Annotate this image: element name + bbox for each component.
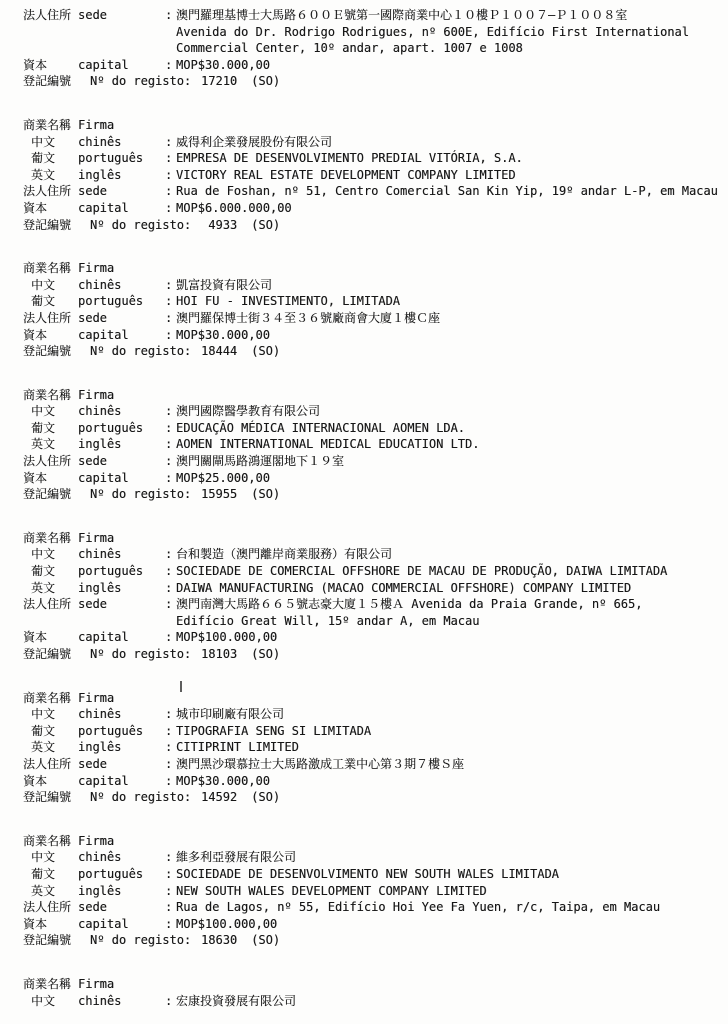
- field-value-line: MOP$30.000,00: [176, 327, 722, 344]
- field-colon: :: [165, 849, 176, 866]
- field-label-pt: sede: [78, 183, 165, 200]
- registry-entry: 商業名稱Firma中文chinês:維多利亞發展有限公司葡文português:…: [23, 833, 722, 949]
- field-label-zh: 商業名稱: [23, 117, 78, 134]
- entry-row: 商業名稱Firma: [23, 260, 722, 277]
- field-label-pt: sede: [78, 310, 165, 327]
- field-value: MOP$30.000,00: [176, 327, 722, 344]
- field-value: 城市印刷廠有限公司: [176, 706, 722, 723]
- field-value: DAIWA MANUFACTURING (MACAO COMMERCIAL OF…: [176, 580, 722, 597]
- field-value: 澳門國際醫學教育有限公司: [176, 403, 722, 420]
- field-colon: :: [165, 580, 176, 597]
- field-label-zh: 中文: [23, 277, 78, 294]
- document-page: 法人住所sede:澳門羅理基博士大馬路６００Ｅ號第一國際商業中心１０樓Ｐ１００７…: [0, 0, 728, 1009]
- field-label-pt: inglês: [78, 436, 165, 453]
- field-colon: :: [165, 453, 176, 470]
- field-value: MOP$100.000,00: [176, 629, 722, 646]
- field-value-line: 台和製造（澳門離岸商業服務）有限公司: [176, 546, 722, 563]
- field-label-pt: chinês: [78, 277, 165, 294]
- entry-row: 英文inglês:AOMEN INTERNATIONAL MEDICAL EDU…: [23, 436, 722, 453]
- field-colon: :: [165, 183, 176, 200]
- field-label-pt: português: [78, 723, 165, 740]
- registry-entry: 商業名稱Firma中文chinês:宏康投資發展有限公司: [23, 976, 722, 1009]
- field-value: SOCIEDADE DE COMERCIAL OFFSHORE DE MACAU…: [176, 563, 722, 580]
- entry-row: 法人住所sede:澳門羅理基博士大馬路６００Ｅ號第一國際商業中心１０樓Ｐ１００７…: [23, 7, 722, 57]
- entry-row: 法人住所sede:澳門黑沙環慕拉士大馬路激成工業中心第３期７樓Ｓ座: [23, 756, 722, 773]
- entry-row: 商業名稱Firma: [23, 690, 722, 707]
- field-colon: :: [165, 310, 176, 327]
- entry-row: 法人住所sede:澳門羅保博士街３４至３６號廠商會大廈１樓Ｃ座: [23, 310, 722, 327]
- field-label-zh: 中文: [23, 546, 78, 563]
- field-colon: :: [165, 403, 176, 420]
- entry-row: 登記編號Nº do registo:18630(SO): [23, 932, 722, 949]
- field-value-line: Commercial Center, 10º andar, apart. 100…: [176, 40, 722, 57]
- field-value-line: EDUCAÇÃO MÉDICA INTERNACIONAL AOMEN LDA.: [176, 420, 722, 437]
- field-label-zh: 英文: [23, 167, 78, 184]
- field-value: TIPOGRAFIA SENG SI LIMITADA: [176, 723, 722, 740]
- field-colon: :: [165, 134, 176, 151]
- field-label-zh: 英文: [23, 436, 78, 453]
- registration-number: 18103: [195, 646, 237, 663]
- field-label-zh: 商業名稱: [23, 690, 78, 707]
- field-value-line: 凱富投資有限公司: [176, 277, 722, 294]
- field-label-zh: 商業名稱: [23, 530, 78, 547]
- field-label-pt: capital: [78, 470, 165, 487]
- field-label-zh: 中文: [23, 403, 78, 420]
- entry-row: 葡文português:HOI FU - INVESTIMENTO, LIMIT…: [23, 293, 722, 310]
- field-label-zh: 中文: [23, 993, 78, 1010]
- registration-number: 15955: [195, 486, 237, 503]
- field-value: CITIPRINT LIMITED: [176, 739, 722, 756]
- field-label-pt: chinês: [78, 403, 165, 420]
- field-value-line: MOP$100.000,00: [176, 629, 722, 646]
- field-label-pt: português: [78, 150, 165, 167]
- field-value: 澳門羅理基博士大馬路６００Ｅ號第一國際商業中心１０樓Ｐ１００７—Ｐ１００８室Av…: [176, 7, 722, 57]
- field-label-pt: Firma: [78, 117, 165, 134]
- registry-entry: 商業名稱Firma中文chinês:凱富投資有限公司葡文português:HO…: [23, 260, 722, 360]
- field-label-pt: sede: [78, 453, 165, 470]
- registration-label: Nº do registo:: [90, 73, 191, 90]
- entry-row: 法人住所sede:Rua de Lagos, nº 55, Edifício H…: [23, 899, 722, 916]
- entry-row: 英文inglês:VICTORY REAL ESTATE DEVELOPMENT…: [23, 167, 722, 184]
- field-colon: :: [165, 596, 176, 613]
- entry-row: 商業名稱Firma: [23, 117, 722, 134]
- field-label-zh: 商業名稱: [23, 976, 78, 993]
- field-label-zh: 登記編號: [23, 343, 90, 360]
- field-label-pt: sede: [78, 7, 165, 24]
- entry-row: 英文inglês:DAIWA MANUFACTURING (MACAO COMM…: [23, 580, 722, 597]
- field-colon: :: [165, 723, 176, 740]
- field-colon: :: [165, 436, 176, 453]
- field-label-zh: 葡文: [23, 563, 78, 580]
- scan-artifact: [180, 681, 182, 692]
- field-value: MOP$30.000,00: [176, 57, 722, 74]
- field-label-pt: Firma: [78, 530, 165, 547]
- field-colon: :: [165, 916, 176, 933]
- field-colon: :: [165, 277, 176, 294]
- field-value-line: Avenida do Dr. Rodrigo Rodrigues, nº 600…: [176, 24, 722, 41]
- field-value: 澳門羅保博士街３４至３６號廠商會大廈１樓Ｃ座: [176, 310, 722, 327]
- field-label-zh: 中文: [23, 706, 78, 723]
- registration-number: 14592: [195, 789, 237, 806]
- field-colon: :: [165, 866, 176, 883]
- field-value-line: MOP$25.000,00: [176, 470, 722, 487]
- scanned-gazette-page: { "page": { "background": "#fdfdfc", "in…: [0, 0, 728, 1024]
- field-label-pt: português: [78, 563, 165, 580]
- field-value-line: MOP$30.000,00: [176, 57, 722, 74]
- field-label-pt: chinês: [78, 706, 165, 723]
- registration-suffix: (SO): [251, 217, 280, 234]
- field-label-zh: 中文: [23, 134, 78, 151]
- field-value-line: SOCIEDADE DE DESENVOLVIMENTO NEW SOUTH W…: [176, 866, 722, 883]
- registration-suffix: (SO): [251, 789, 280, 806]
- field-colon: :: [165, 200, 176, 217]
- registration-number: 18444: [195, 343, 237, 360]
- registration-suffix: (SO): [251, 646, 280, 663]
- field-value: 維多利亞發展有限公司: [176, 849, 722, 866]
- field-colon: :: [165, 167, 176, 184]
- field-value-line: Rua de Lagos, nº 55, Edifício Hoi Yee Fa…: [176, 899, 722, 916]
- entry-row: 葡文português:TIPOGRAFIA SENG SI LIMITADA: [23, 723, 722, 740]
- field-label-pt: Firma: [78, 690, 165, 707]
- field-label-zh: 法人住所: [23, 596, 78, 613]
- entry-row: 資本capital:MOP$100.000,00: [23, 916, 722, 933]
- entry-row: 法人住所sede:澳門南灣大馬路６６５號志豪大廈１５樓Ａ Avenida da …: [23, 596, 722, 629]
- field-label-zh: 登記編號: [23, 932, 90, 949]
- field-value: Rua de Foshan, nº 51, Centro Comercial S…: [176, 183, 722, 200]
- field-label-zh: 法人住所: [23, 453, 78, 470]
- field-value: MOP$100.000,00: [176, 916, 722, 933]
- field-value-line: DAIWA MANUFACTURING (MACAO COMMERCIAL OF…: [176, 580, 722, 597]
- registration-suffix: (SO): [251, 932, 280, 949]
- field-value: AOMEN INTERNATIONAL MEDICAL EDUCATION LT…: [176, 436, 722, 453]
- entry-row: 中文chinês:維多利亞發展有限公司: [23, 849, 722, 866]
- field-label-zh: 葡文: [23, 723, 78, 740]
- registration-number: 4933: [195, 217, 237, 234]
- field-value-line: MOP$100.000,00: [176, 916, 722, 933]
- field-colon: :: [165, 773, 176, 790]
- field-label-zh: 法人住所: [23, 7, 78, 24]
- registration-label: Nº do registo:: [90, 789, 191, 806]
- field-label-zh: 商業名稱: [23, 260, 78, 277]
- field-label-pt: chinês: [78, 849, 165, 866]
- field-label-zh: 登記編號: [23, 217, 90, 234]
- field-value-line: Rua de Foshan, nº 51, Centro Comercial S…: [176, 183, 722, 200]
- field-label-pt: sede: [78, 899, 165, 916]
- field-label-pt: sede: [78, 596, 165, 613]
- entry-row: 法人住所sede:澳門關閘馬路鴻運閣地下１９室: [23, 453, 722, 470]
- field-value-line: 澳門黑沙環慕拉士大馬路激成工業中心第３期７樓Ｓ座: [176, 756, 722, 773]
- field-label-pt: português: [78, 866, 165, 883]
- field-colon: :: [165, 739, 176, 756]
- field-colon: :: [165, 7, 176, 24]
- field-value-line: Edifício Great Will, 15º andar A, em Mac…: [176, 613, 722, 630]
- field-label-zh: 中文: [23, 849, 78, 866]
- entry-row: 英文inglês:CITIPRINT LIMITED: [23, 739, 722, 756]
- field-label-zh: 資本: [23, 773, 78, 790]
- field-value: 澳門黑沙環慕拉士大馬路激成工業中心第３期７樓Ｓ座: [176, 756, 722, 773]
- registration-label: Nº do registo:: [90, 932, 191, 949]
- registry-entry: 商業名稱Firma中文chinês:台和製造（澳門離岸商業服務）有限公司葡文po…: [23, 530, 722, 663]
- entry-row: 葡文português:SOCIEDADE DE COMERCIAL OFFSH…: [23, 563, 722, 580]
- field-colon: :: [165, 150, 176, 167]
- field-value-line: 維多利亞發展有限公司: [176, 849, 722, 866]
- field-label-zh: 資本: [23, 200, 78, 217]
- registry-entries: 法人住所sede:澳門羅理基博士大馬路６００Ｅ號第一國際商業中心１０樓Ｐ１００７…: [23, 7, 722, 1009]
- field-colon: :: [165, 327, 176, 344]
- field-label-zh: 英文: [23, 883, 78, 900]
- field-value: 凱富投資有限公司: [176, 277, 722, 294]
- field-label-pt: capital: [78, 200, 165, 217]
- field-value-line: HOI FU - INVESTIMENTO, LIMITADA: [176, 293, 722, 310]
- field-label-pt: português: [78, 420, 165, 437]
- entry-row: 中文chinês:台和製造（澳門離岸商業服務）有限公司: [23, 546, 722, 563]
- field-label-zh: 商業名稱: [23, 387, 78, 404]
- field-value-line: 澳門國際醫學教育有限公司: [176, 403, 722, 420]
- field-value-line: 宏康投資發展有限公司: [176, 993, 722, 1010]
- field-label-pt: sede: [78, 756, 165, 773]
- field-label-pt: inglês: [78, 739, 165, 756]
- entry-row: 中文chinês:威得利企業發展股份有限公司: [23, 134, 722, 151]
- field-value: 台和製造（澳門離岸商業服務）有限公司: [176, 546, 722, 563]
- entry-row: 英文inglês:NEW SOUTH WALES DEVELOPMENT COM…: [23, 883, 722, 900]
- field-value-line: 威得利企業發展股份有限公司: [176, 134, 722, 151]
- field-colon: :: [165, 57, 176, 74]
- field-value-line: CITIPRINT LIMITED: [176, 739, 722, 756]
- field-value-line: MOP$30.000,00: [176, 773, 722, 790]
- entry-row: 資本capital:MOP$6.000.000,00: [23, 200, 722, 217]
- field-label-zh: 英文: [23, 580, 78, 597]
- field-label-pt: capital: [78, 629, 165, 646]
- field-label-pt: Firma: [78, 833, 165, 850]
- field-value: SOCIEDADE DE DESENVOLVIMENTO NEW SOUTH W…: [176, 866, 722, 883]
- entry-row: 資本capital:MOP$100.000,00: [23, 629, 722, 646]
- field-value: 威得利企業發展股份有限公司: [176, 134, 722, 151]
- field-label-zh: 英文: [23, 739, 78, 756]
- entry-row: 資本capital:MOP$30.000,00: [23, 57, 722, 74]
- registration-suffix: (SO): [251, 343, 280, 360]
- field-colon: :: [165, 420, 176, 437]
- field-colon: :: [165, 706, 176, 723]
- registration-number: 17210: [195, 73, 237, 90]
- entry-row: 登記編號Nº do registo:18444(SO): [23, 343, 722, 360]
- field-label-pt: capital: [78, 327, 165, 344]
- field-label-zh: 商業名稱: [23, 833, 78, 850]
- field-label-zh: 登記編號: [23, 646, 90, 663]
- field-colon: :: [165, 883, 176, 900]
- entry-row: 中文chinês:凱富投資有限公司: [23, 277, 722, 294]
- registration-label: Nº do registo:: [90, 646, 191, 663]
- field-colon: :: [165, 563, 176, 580]
- field-value-line: 城市印刷廠有限公司: [176, 706, 722, 723]
- field-label-zh: 葡文: [23, 866, 78, 883]
- field-value-line: VICTORY REAL ESTATE DEVELOPMENT COMPANY …: [176, 167, 722, 184]
- field-label-pt: Firma: [78, 976, 165, 993]
- field-colon: :: [165, 470, 176, 487]
- field-label-pt: chinês: [78, 993, 165, 1010]
- field-value-line: 澳門南灣大馬路６６５號志豪大廈１５樓Ａ Avenida da Praia Gra…: [176, 596, 722, 613]
- entry-row: 中文chinês:城市印刷廠有限公司: [23, 706, 722, 723]
- registration-label: Nº do registo:: [90, 343, 191, 360]
- field-value-line: 澳門羅理基博士大馬路６００Ｅ號第一國際商業中心１０樓Ｐ１００７—Ｐ１００８室: [176, 7, 722, 24]
- field-value-line: MOP$6.000.000,00: [176, 200, 722, 217]
- field-colon: :: [165, 293, 176, 310]
- entry-row: 登記編號Nº do registo:15955(SO): [23, 486, 722, 503]
- entry-row: 商業名稱Firma: [23, 976, 722, 993]
- field-value: VICTORY REAL ESTATE DEVELOPMENT COMPANY …: [176, 167, 722, 184]
- entry-row: 登記編號Nº do registo:18103(SO): [23, 646, 722, 663]
- field-value-line: TIPOGRAFIA SENG SI LIMITADA: [176, 723, 722, 740]
- field-value: EDUCAÇÃO MÉDICA INTERNACIONAL AOMEN LDA.: [176, 420, 722, 437]
- field-colon: :: [165, 629, 176, 646]
- field-label-pt: chinês: [78, 134, 165, 151]
- field-colon: :: [165, 899, 176, 916]
- field-value: 宏康投資發展有限公司: [176, 993, 722, 1010]
- field-value-line: SOCIEDADE DE COMERCIAL OFFSHORE DE MACAU…: [176, 563, 722, 580]
- field-value: HOI FU - INVESTIMENTO, LIMITADA: [176, 293, 722, 310]
- registration-label: Nº do registo:: [90, 486, 191, 503]
- field-label-zh: 資本: [23, 327, 78, 344]
- registry-entry: 商業名稱Firma中文chinês:澳門國際醫學教育有限公司葡文portuguê…: [23, 387, 722, 503]
- field-label-zh: 登記編號: [23, 789, 90, 806]
- field-label-pt: inglês: [78, 883, 165, 900]
- entry-row: 商業名稱Firma: [23, 833, 722, 850]
- entry-row: 登記編號Nº do registo:17210(SO): [23, 73, 722, 90]
- entry-row: 中文chinês:澳門國際醫學教育有限公司: [23, 403, 722, 420]
- field-value: 澳門關閘馬路鴻運閣地下１９室: [176, 453, 722, 470]
- field-value-line: AOMEN INTERNATIONAL MEDICAL EDUCATION LT…: [176, 436, 722, 453]
- registration-label: Nº do registo:: [90, 217, 191, 234]
- field-label-zh: 葡文: [23, 420, 78, 437]
- field-label-zh: 資本: [23, 57, 78, 74]
- registration-number: 18630: [195, 932, 237, 949]
- field-label-zh: 資本: [23, 629, 78, 646]
- field-value: 澳門南灣大馬路６６５號志豪大廈１５樓Ａ Avenida da Praia Gra…: [176, 596, 722, 629]
- field-label-zh: 登記編號: [23, 73, 90, 90]
- field-value: Rua de Lagos, nº 55, Edifício Hoi Yee Fa…: [176, 899, 722, 916]
- field-label-zh: 法人住所: [23, 310, 78, 327]
- entry-row: 中文chinês:宏康投資發展有限公司: [23, 993, 722, 1010]
- entry-row: 商業名稱Firma: [23, 530, 722, 547]
- field-label-pt: capital: [78, 57, 165, 74]
- field-value: MOP$30.000,00: [176, 773, 722, 790]
- registry-entry: 商業名稱Firma中文chinês:城市印刷廠有限公司葡文português:T…: [23, 690, 722, 806]
- entry-row: 葡文português:EMPRESA DE DESENVOLVIMENTO P…: [23, 150, 722, 167]
- field-label-pt: Firma: [78, 260, 165, 277]
- registry-entry: 商業名稱Firma中文chinês:威得利企業發展股份有限公司葡文portugu…: [23, 117, 722, 233]
- field-label-pt: capital: [78, 916, 165, 933]
- field-label-zh: 資本: [23, 470, 78, 487]
- field-label-pt: chinês: [78, 546, 165, 563]
- field-value-line: NEW SOUTH WALES DEVELOPMENT COMPANY LIMI…: [176, 883, 722, 900]
- entry-row: 登記編號Nº do registo:4933(SO): [23, 217, 722, 234]
- field-colon: :: [165, 756, 176, 773]
- field-value: EMPRESA DE DESENVOLVIMENTO PREDIAL VITÓR…: [176, 150, 722, 167]
- entry-row: 登記編號Nº do registo:14592(SO): [23, 789, 722, 806]
- entry-row: 葡文português:SOCIEDADE DE DESENVOLVIMENTO…: [23, 866, 722, 883]
- registration-suffix: (SO): [251, 73, 280, 90]
- field-label-zh: 法人住所: [23, 899, 78, 916]
- entry-row: 商業名稱Firma: [23, 387, 722, 404]
- field-value: NEW SOUTH WALES DEVELOPMENT COMPANY LIMI…: [176, 883, 722, 900]
- entry-row: 葡文português:EDUCAÇÃO MÉDICA INTERNACIONA…: [23, 420, 722, 437]
- field-value-line: 澳門羅保博士街３４至３６號廠商會大廈１樓Ｃ座: [176, 310, 722, 327]
- registration-suffix: (SO): [251, 486, 280, 503]
- entry-row: 資本capital:MOP$30.000,00: [23, 773, 722, 790]
- field-value: MOP$25.000,00: [176, 470, 722, 487]
- field-label-zh: 葡文: [23, 293, 78, 310]
- entry-row: 資本capital:MOP$30.000,00: [23, 327, 722, 344]
- field-label-zh: 登記編號: [23, 486, 90, 503]
- field-label-pt: inglês: [78, 167, 165, 184]
- field-label-zh: 葡文: [23, 150, 78, 167]
- field-label-pt: capital: [78, 773, 165, 790]
- field-label-pt: Firma: [78, 387, 165, 404]
- field-label-zh: 法人住所: [23, 756, 78, 773]
- entry-row: 法人住所sede:Rua de Foshan, nº 51, Centro Co…: [23, 183, 722, 200]
- entry-row: 資本capital:MOP$25.000,00: [23, 470, 722, 487]
- field-value-line: 澳門關閘馬路鴻運閣地下１９室: [176, 453, 722, 470]
- field-value-line: EMPRESA DE DESENVOLVIMENTO PREDIAL VITÓR…: [176, 150, 722, 167]
- registry-entry: 法人住所sede:澳門羅理基博士大馬路６００Ｅ號第一國際商業中心１０樓Ｐ１００７…: [23, 7, 722, 90]
- field-label-zh: 法人住所: [23, 183, 78, 200]
- field-label-zh: 資本: [23, 916, 78, 933]
- field-label-pt: português: [78, 293, 165, 310]
- field-colon: :: [165, 546, 176, 563]
- field-value: MOP$6.000.000,00: [176, 200, 722, 217]
- field-colon: :: [165, 993, 176, 1010]
- field-label-pt: inglês: [78, 580, 165, 597]
